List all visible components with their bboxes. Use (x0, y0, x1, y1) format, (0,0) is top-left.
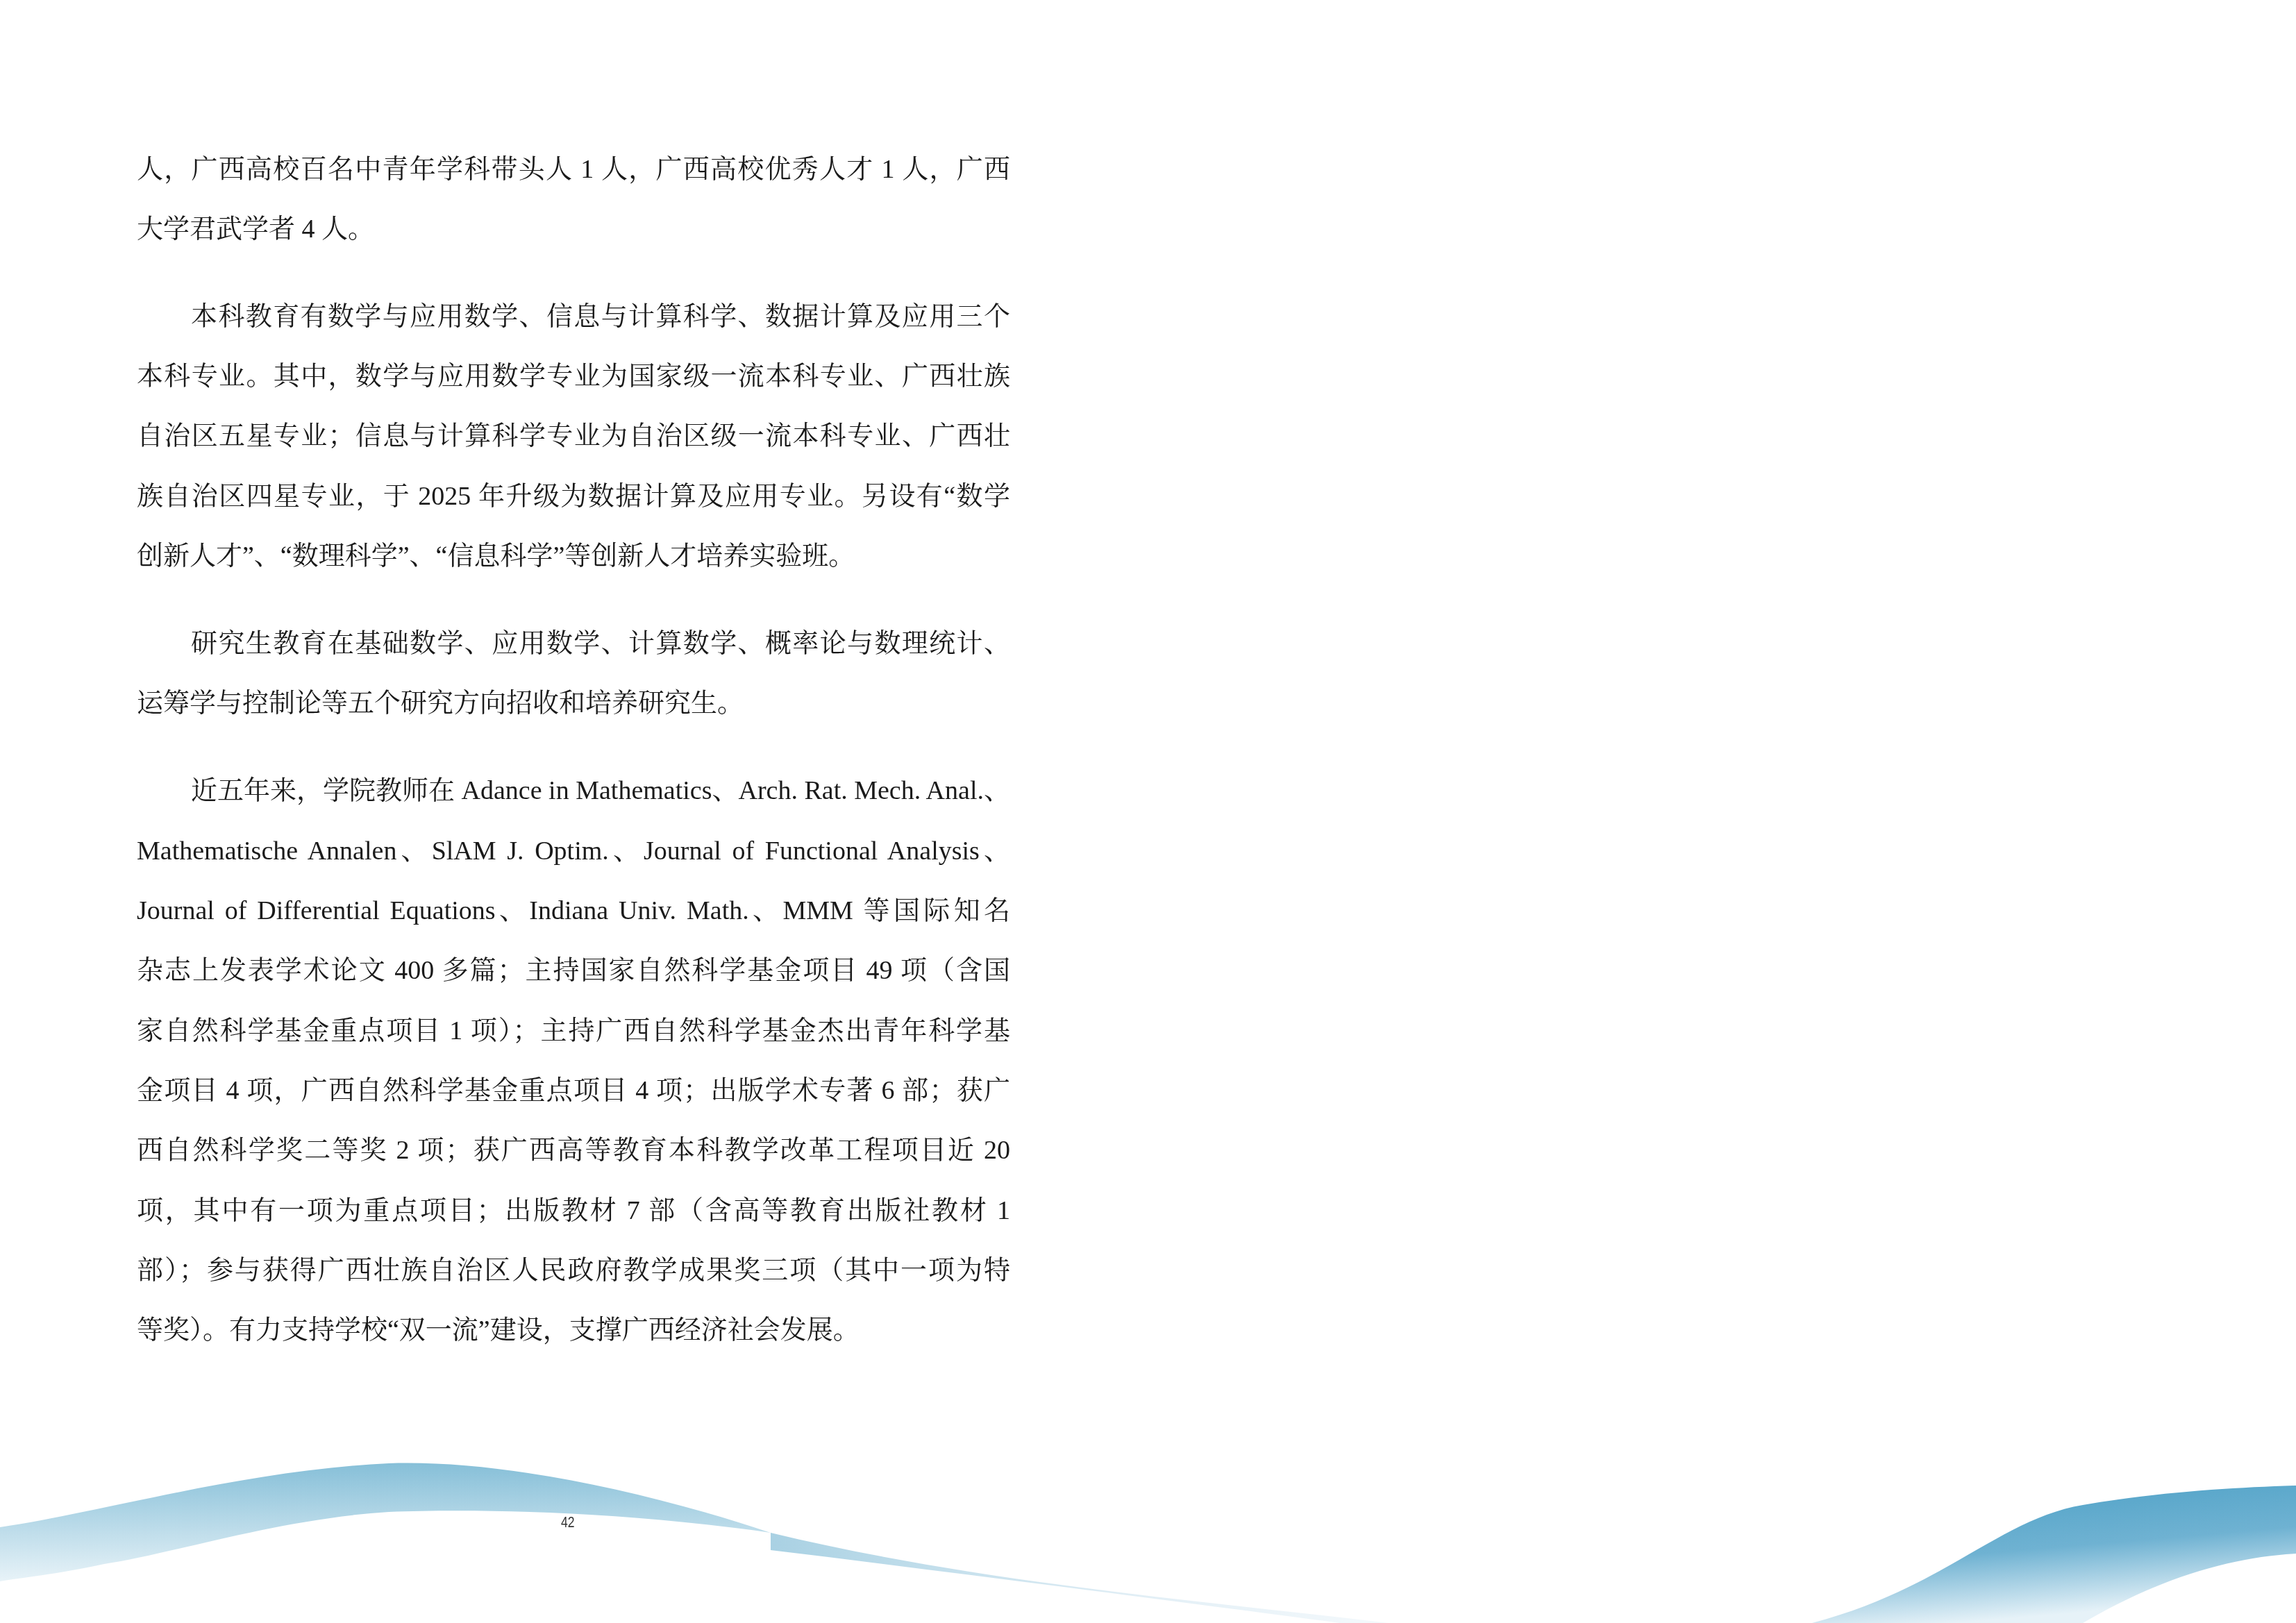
paragraph-line: 创新人才”、“数理科学”、“信息科学”等创新人才培养实验班。 (137, 539, 1010, 573)
paragraph-line: 等奖）。有力支持学校“双一流”建设，支撑广西经济社会发展。 (137, 1313, 1010, 1347)
paragraph-line: 部）；参与获得广西壮族自治区人民政府教学成果奖三项（其中一项为特 (137, 1254, 1010, 1287)
paragraph-line: 近五年来，学院教师在 Adance in Mathematics、Arch. R… (137, 774, 1010, 807)
paragraph-line: 大学君武学者 4 人。 (137, 212, 1010, 246)
paragraph-line: 人，广西高校百名中青年学科带头人 1 人，广西高校优秀人才 1 人，广西 (137, 153, 1010, 186)
paragraph-line: 自治区五星专业；信息与计算科学专业为自治区级一流本科专业、广西壮 (137, 419, 1010, 453)
paragraph-line: 研究生教育在基础数学、应用数学、计算数学、概率论与数理统计、 (137, 627, 1010, 660)
paragraph-line: 族自治区四星专业，于 2025 年升级为数据计算及应用专业。另设有“数学 (137, 480, 1010, 513)
paragraph-line: Mathematische Annalen、SlAM J. Optim.、Jou… (137, 834, 1010, 868)
footer-wave-decoration (0, 1443, 2296, 1623)
paragraph-line: 本科专业。其中，数学与应用数学专业为国家级一流本科专业、广西壮族 (137, 360, 1010, 393)
paragraph-line: Journal of Differential Equations、Indian… (137, 894, 1010, 927)
paragraph-line: 项，其中有一项为重点项目；出版教材 7 部（含高等教育出版社教材 1 (137, 1194, 1010, 1227)
paragraph-line: 本科教育有数学与应用数学、信息与计算科学、数据计算及应用三个 (137, 300, 1010, 333)
paragraph-line: 杂志上发表学术论文 400 多篇；主持国家自然科学基金项目 49 项（含国 (137, 954, 1010, 987)
page-number: 42 (561, 1513, 575, 1531)
paragraph-line: 运筹学与控制论等五个研究方向招收和培养研究生。 (137, 687, 1010, 720)
paragraph-line: 金项目 4 项，广西自然科学基金重点项目 4 项；出版学术专著 6 部；获广 (137, 1074, 1010, 1107)
paragraph-line: 家自然科学基金重点项目 1 项）；主持广西自然科学基金杰出青年科学基 (137, 1014, 1010, 1048)
paragraph-line: 西自然科学奖二等奖 2 项；获广西高等教育本科教学改革工程项目近 20 (137, 1134, 1010, 1167)
